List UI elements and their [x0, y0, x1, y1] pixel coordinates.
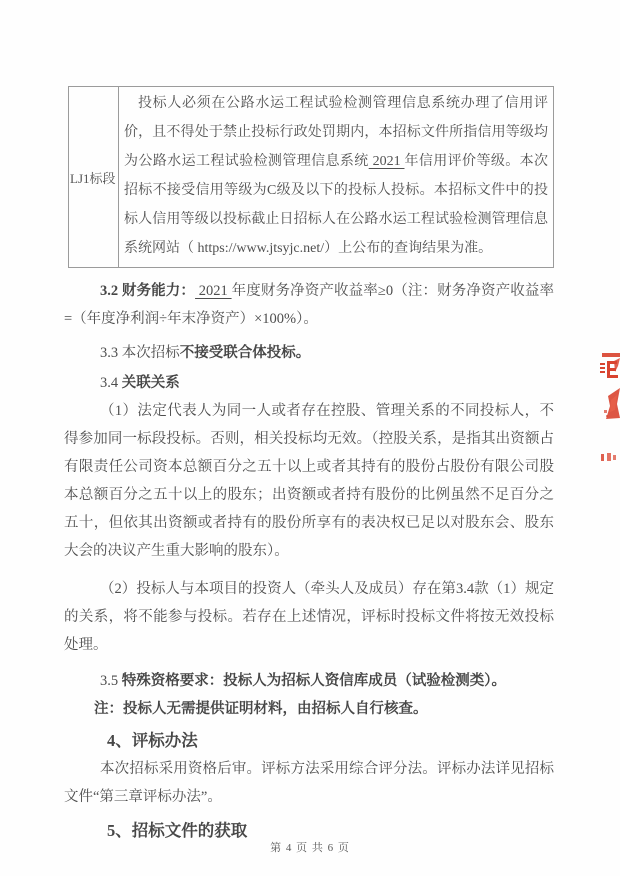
- s34-number: 3.4: [100, 375, 122, 391]
- section-3-3-no-consortium: 3.3 本次招标不接受联合体投标。: [64, 339, 554, 367]
- s33-prefix: 3.3 本次招标: [100, 345, 180, 361]
- s32-label: 3.2 财务能力：: [100, 283, 195, 299]
- page-footer: 第 4 页 共 6 页: [0, 839, 620, 855]
- credit-requirement-cell: 投标人必须在公路水运工程试验检测管理信息系统办理了信用评价，且不得处于禁止投标行…: [119, 87, 554, 268]
- s32-year-underlined: 2021: [195, 283, 232, 299]
- section-label-cell: LJ1标段: [69, 87, 119, 268]
- s34-title: 关联关系: [122, 375, 180, 391]
- section-3-5-special-qualification: 3.5 特殊资格要求：投标人为招标人资信库成员（试验检测类）。: [64, 667, 554, 695]
- section-3-5-note: 注：投标人无需提供证明材料，由招标人自行核查。: [64, 695, 554, 723]
- document-page: LJ1标段 投标人必须在公路水运工程试验检测管理信息系统办理了信用评价，且不得处…: [0, 0, 620, 876]
- section-3-4-clause-1: （1）法定代表人为同一人或者存在控股、管理关系的不同投标人，不得参加同一标段投标…: [64, 397, 554, 565]
- credit-requirement-text: 投标人必须在公路水运工程试验检测管理信息系统办理了信用评价，且不得处于禁止投标行…: [124, 89, 548, 263]
- credit-text-after-year: 年信用评价等级。本次招标不接受信用等级为C级及以下的投标人投标。本招标文件中的投…: [124, 154, 548, 256]
- qualification-table: LJ1标段 投标人必须在公路水运工程试验检测管理信息系统办理了信用评价，且不得处…: [68, 86, 554, 268]
- section-4-body: 本次招标采用资格后审。评标方法采用综合评分法。评标办法详见招标文件“第三章评标办…: [64, 755, 554, 811]
- document-body: 3.2 财务能力： 2021 年度财务净资产收益率≥0（注：财务净资产收益率=（…: [64, 277, 554, 845]
- section-3-4-clause-2: （2）投标人与本项目的投资人（牵头人及成员）存在第3.4款（1）规定的关系，将不…: [64, 575, 554, 659]
- s35-bold-text: 特殊资格要求：投标人为招标人资信库成员（试验检测类）。: [122, 673, 506, 689]
- section-3-4-heading: 3.4 关联关系: [64, 369, 554, 397]
- table-row: LJ1标段 投标人必须在公路水运工程试验检测管理信息系统办理了信用评价，且不得处…: [69, 87, 554, 268]
- red-seal-fragment: [599, 348, 620, 473]
- s35-number: 3.5: [100, 673, 122, 689]
- section-3-2-financial-capability: 3.2 财务能力： 2021 年度财务净资产收益率≥0（注：财务净资产收益率=（…: [64, 277, 554, 333]
- seal-graphic: [599, 348, 620, 473]
- section-4-heading: 4、评标办法: [64, 727, 554, 755]
- s33-bold-text: 不接受联合体投标。: [180, 345, 311, 361]
- credit-year-underlined: 2021: [369, 154, 405, 169]
